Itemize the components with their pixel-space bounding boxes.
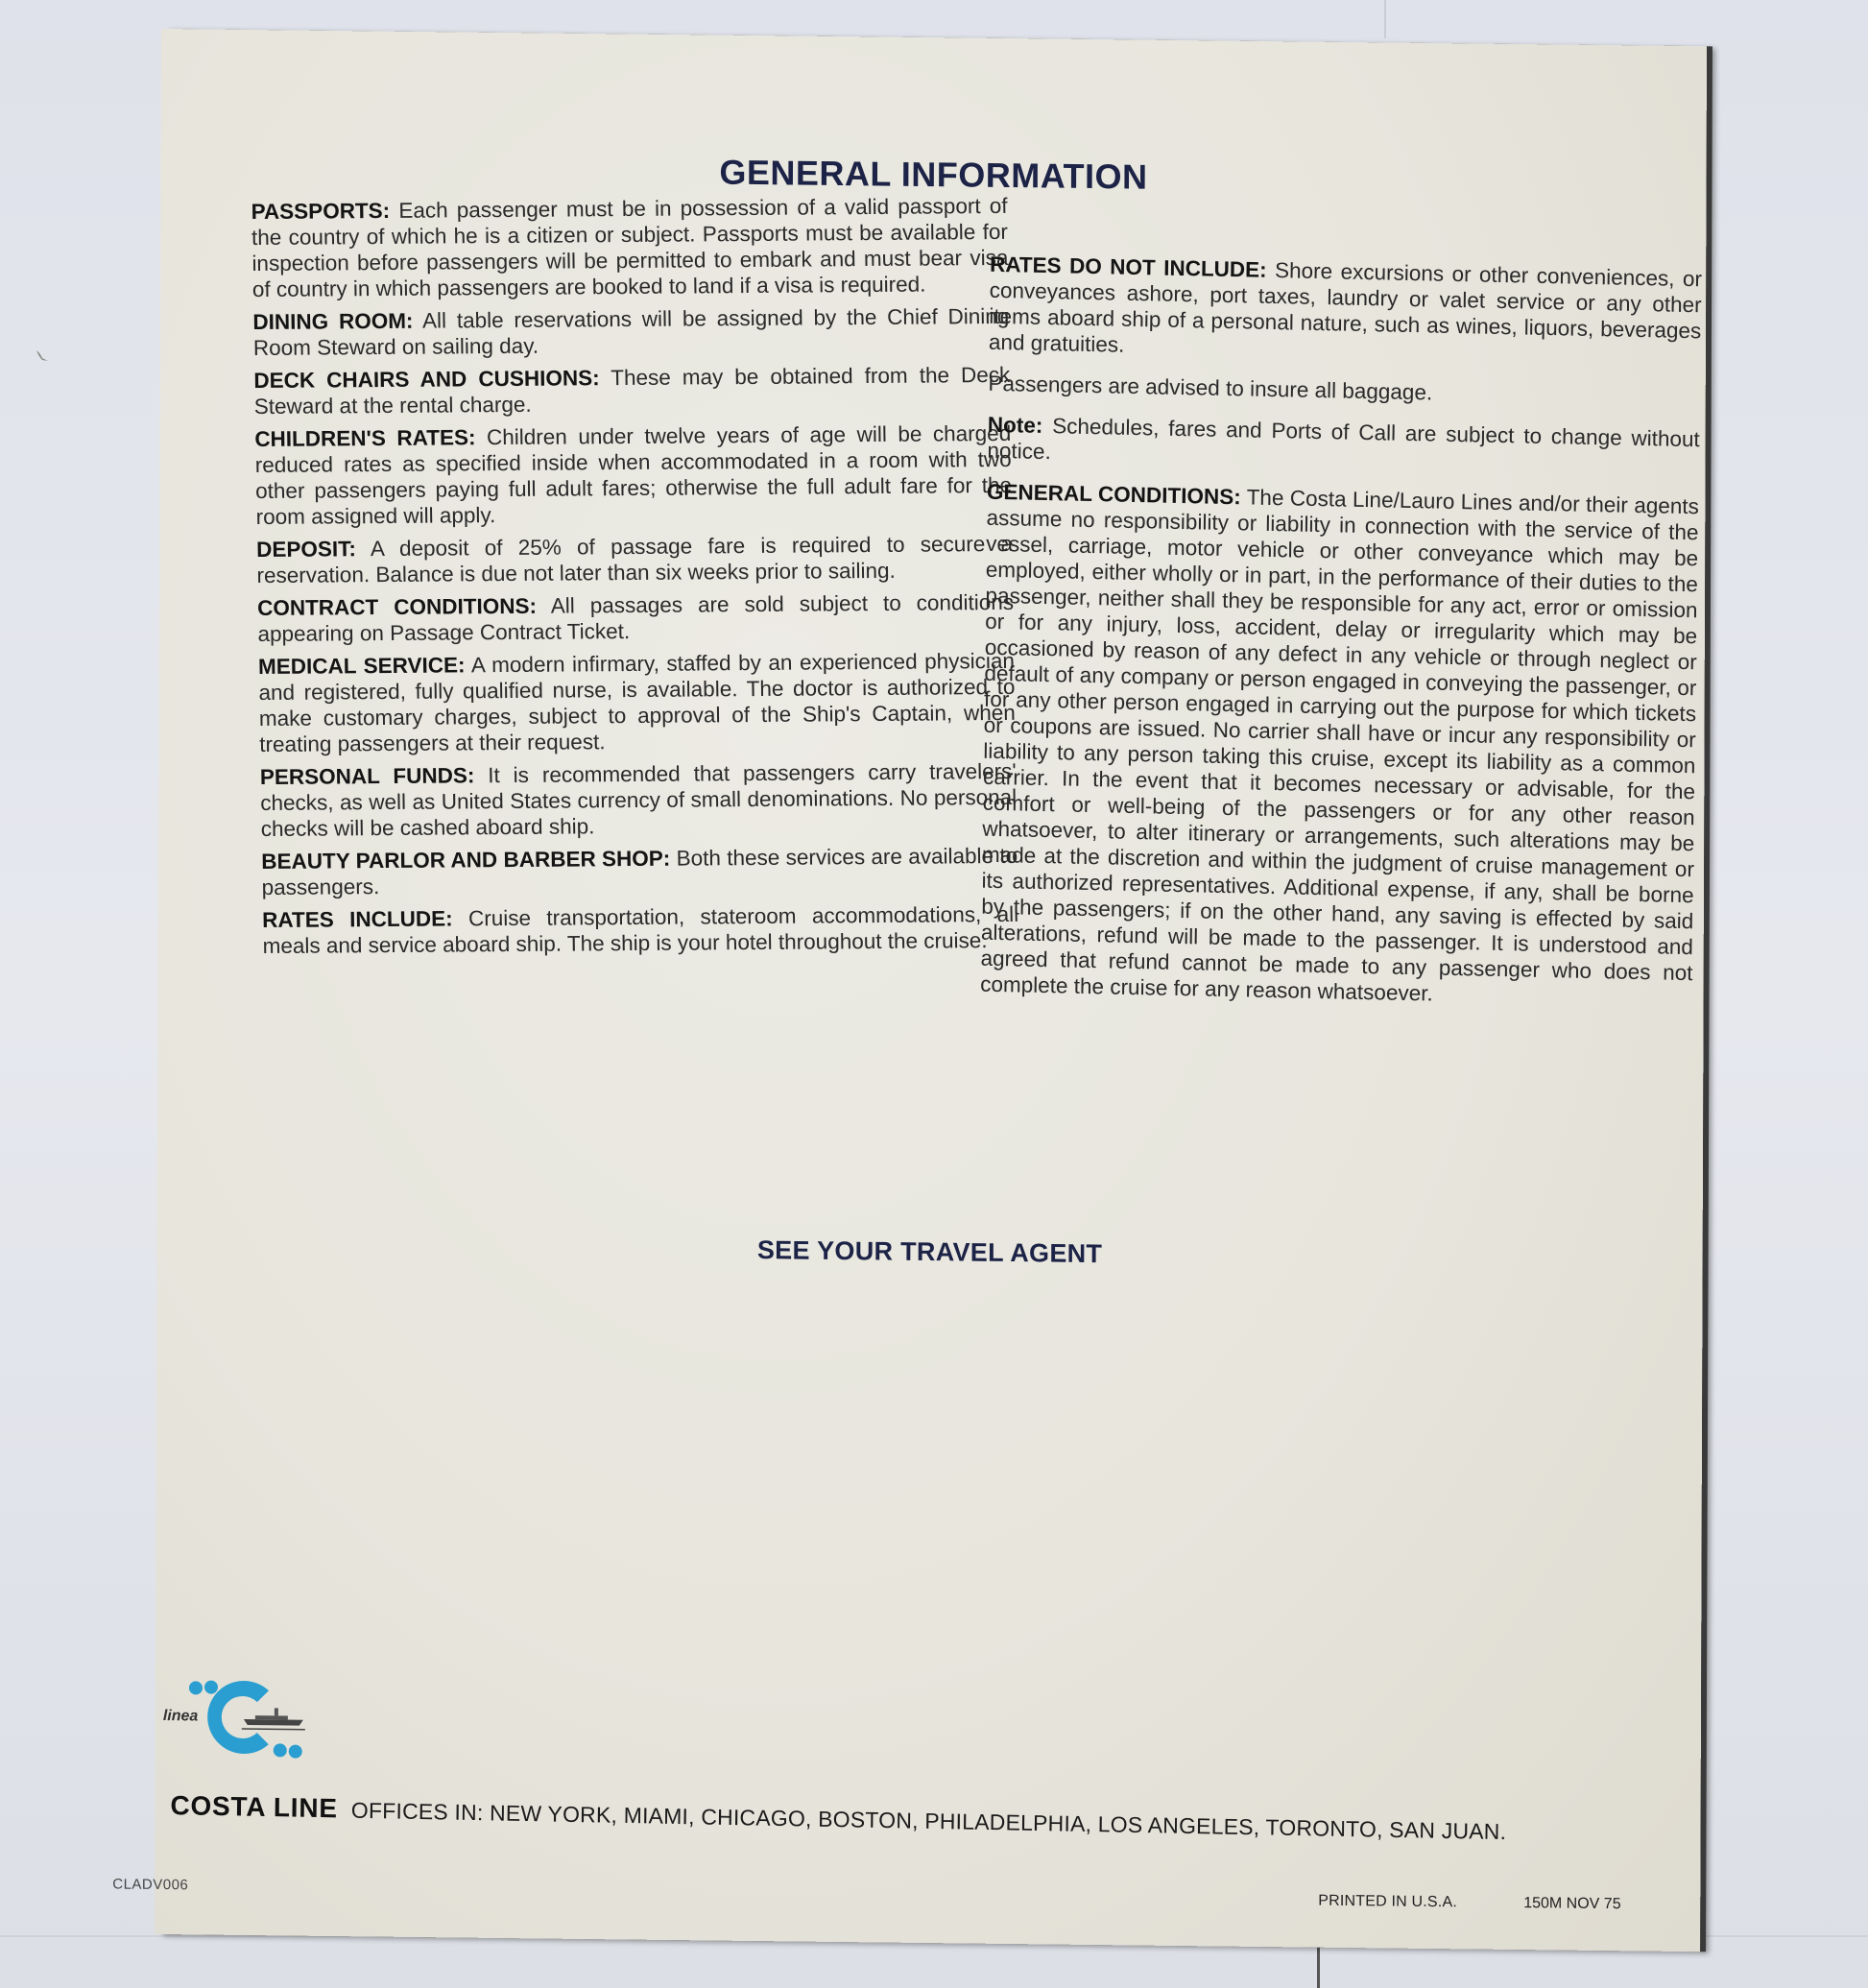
section-rates-do-not-include: RATES DO NOT INCLUDE: Shore excursions o… [989, 251, 1702, 371]
section-text: Passengers are advised to insure all bag… [988, 371, 1432, 405]
section-rates-include: RATES INCLUDE: Cruise transportation, st… [262, 901, 1019, 959]
document-code: CLADV006 [112, 1876, 188, 1893]
section-label: DEPOSIT: [256, 537, 356, 562]
section-beauty-parlor: BEAUTY PARLOR AND BARBER SHOP: Both thes… [261, 843, 1018, 900]
brand-name: COSTA LINE [170, 1790, 338, 1823]
section-text: A deposit of 25% of passage fare is requ… [256, 532, 1013, 587]
left-column: PASSPORTS: Each passenger must be in pos… [251, 193, 1018, 966]
section-label: DECK CHAIRS AND CUSHIONS: [253, 366, 600, 393]
section-label: BEAUTY PARLOR AND BARBER SHOP: [261, 847, 670, 874]
brochure-page: GENERAL INFORMATION PASSPORTS: Each pass… [155, 29, 1707, 1952]
section-general-conditions: GENERAL CONDITIONS: The Costa Line/Lauro… [980, 479, 1699, 1012]
section-note: Note: Schedules, fares and Ports of Call… [987, 412, 1700, 479]
section-label: CHILDREN'S RATES: [254, 425, 476, 451]
section-deposit: DEPOSIT: A deposit of 25% of passage far… [256, 531, 1014, 588]
section-medical-service: MEDICAL SERVICE: A modern infirmary, sta… [258, 648, 1017, 757]
section-label: MEDICAL SERVICE: [258, 653, 466, 679]
printed-in: PRINTED IN U.S.A. [1318, 1893, 1457, 1912]
section-label: CONTRACT CONDITIONS: [257, 594, 537, 620]
section-text: Schedules, fares and Ports of Call are s… [987, 414, 1700, 464]
section-contract-conditions: CONTRACT CONDITIONS: All passages are so… [257, 589, 1015, 647]
section-label: RATES DO NOT INCLUDE: [990, 252, 1267, 282]
linea-c-ship-logo-icon: linea [161, 1661, 315, 1768]
section-label: Note: [988, 413, 1043, 438]
section-dining-room: DINING ROOM: All table reservations will… [252, 303, 1010, 361]
section-baggage: Passengers are advised to insure all bag… [988, 371, 1700, 412]
section-text: The Costa Line/Lauro Lines and/or their … [980, 485, 1699, 1005]
section-label: PERSONAL FUNDS: [260, 763, 475, 789]
section-label: RATES INCLUDE: [262, 907, 453, 933]
section-childrens-rates: CHILDREN'S RATES: Children under twelve … [254, 420, 1013, 530]
call-to-action: SEE YOUR TRAVEL AGENT [157, 1229, 1703, 1276]
print-run: 150M NOV 75 [1523, 1895, 1620, 1913]
section-label: PASSPORTS: [251, 199, 390, 224]
section-passports: PASSPORTS: Each passenger must be in pos… [251, 193, 1009, 302]
section-personal-funds: PERSONAL FUNDS: It is recommended that p… [260, 758, 1018, 842]
section-deck-chairs: DECK CHAIRS AND CUSHIONS: These may be o… [253, 362, 1011, 419]
background-seam [1384, 0, 1386, 38]
offices-list: OFFICES IN: NEW YORK, MIAMI, CHICAGO, BO… [351, 1798, 1507, 1844]
section-label: GENERAL CONDITIONS: [987, 480, 1241, 510]
section-label: DINING ROOM: [252, 309, 413, 334]
svg-text:linea: linea [163, 1708, 199, 1724]
right-column: RATES DO NOT INCLUDE: Shore excursions o… [980, 251, 1702, 1027]
footer-offices-line: COSTA LINEOFFICES IN: NEW YORK, MIAMI, C… [170, 1790, 1506, 1846]
debris-mark [35, 349, 54, 363]
